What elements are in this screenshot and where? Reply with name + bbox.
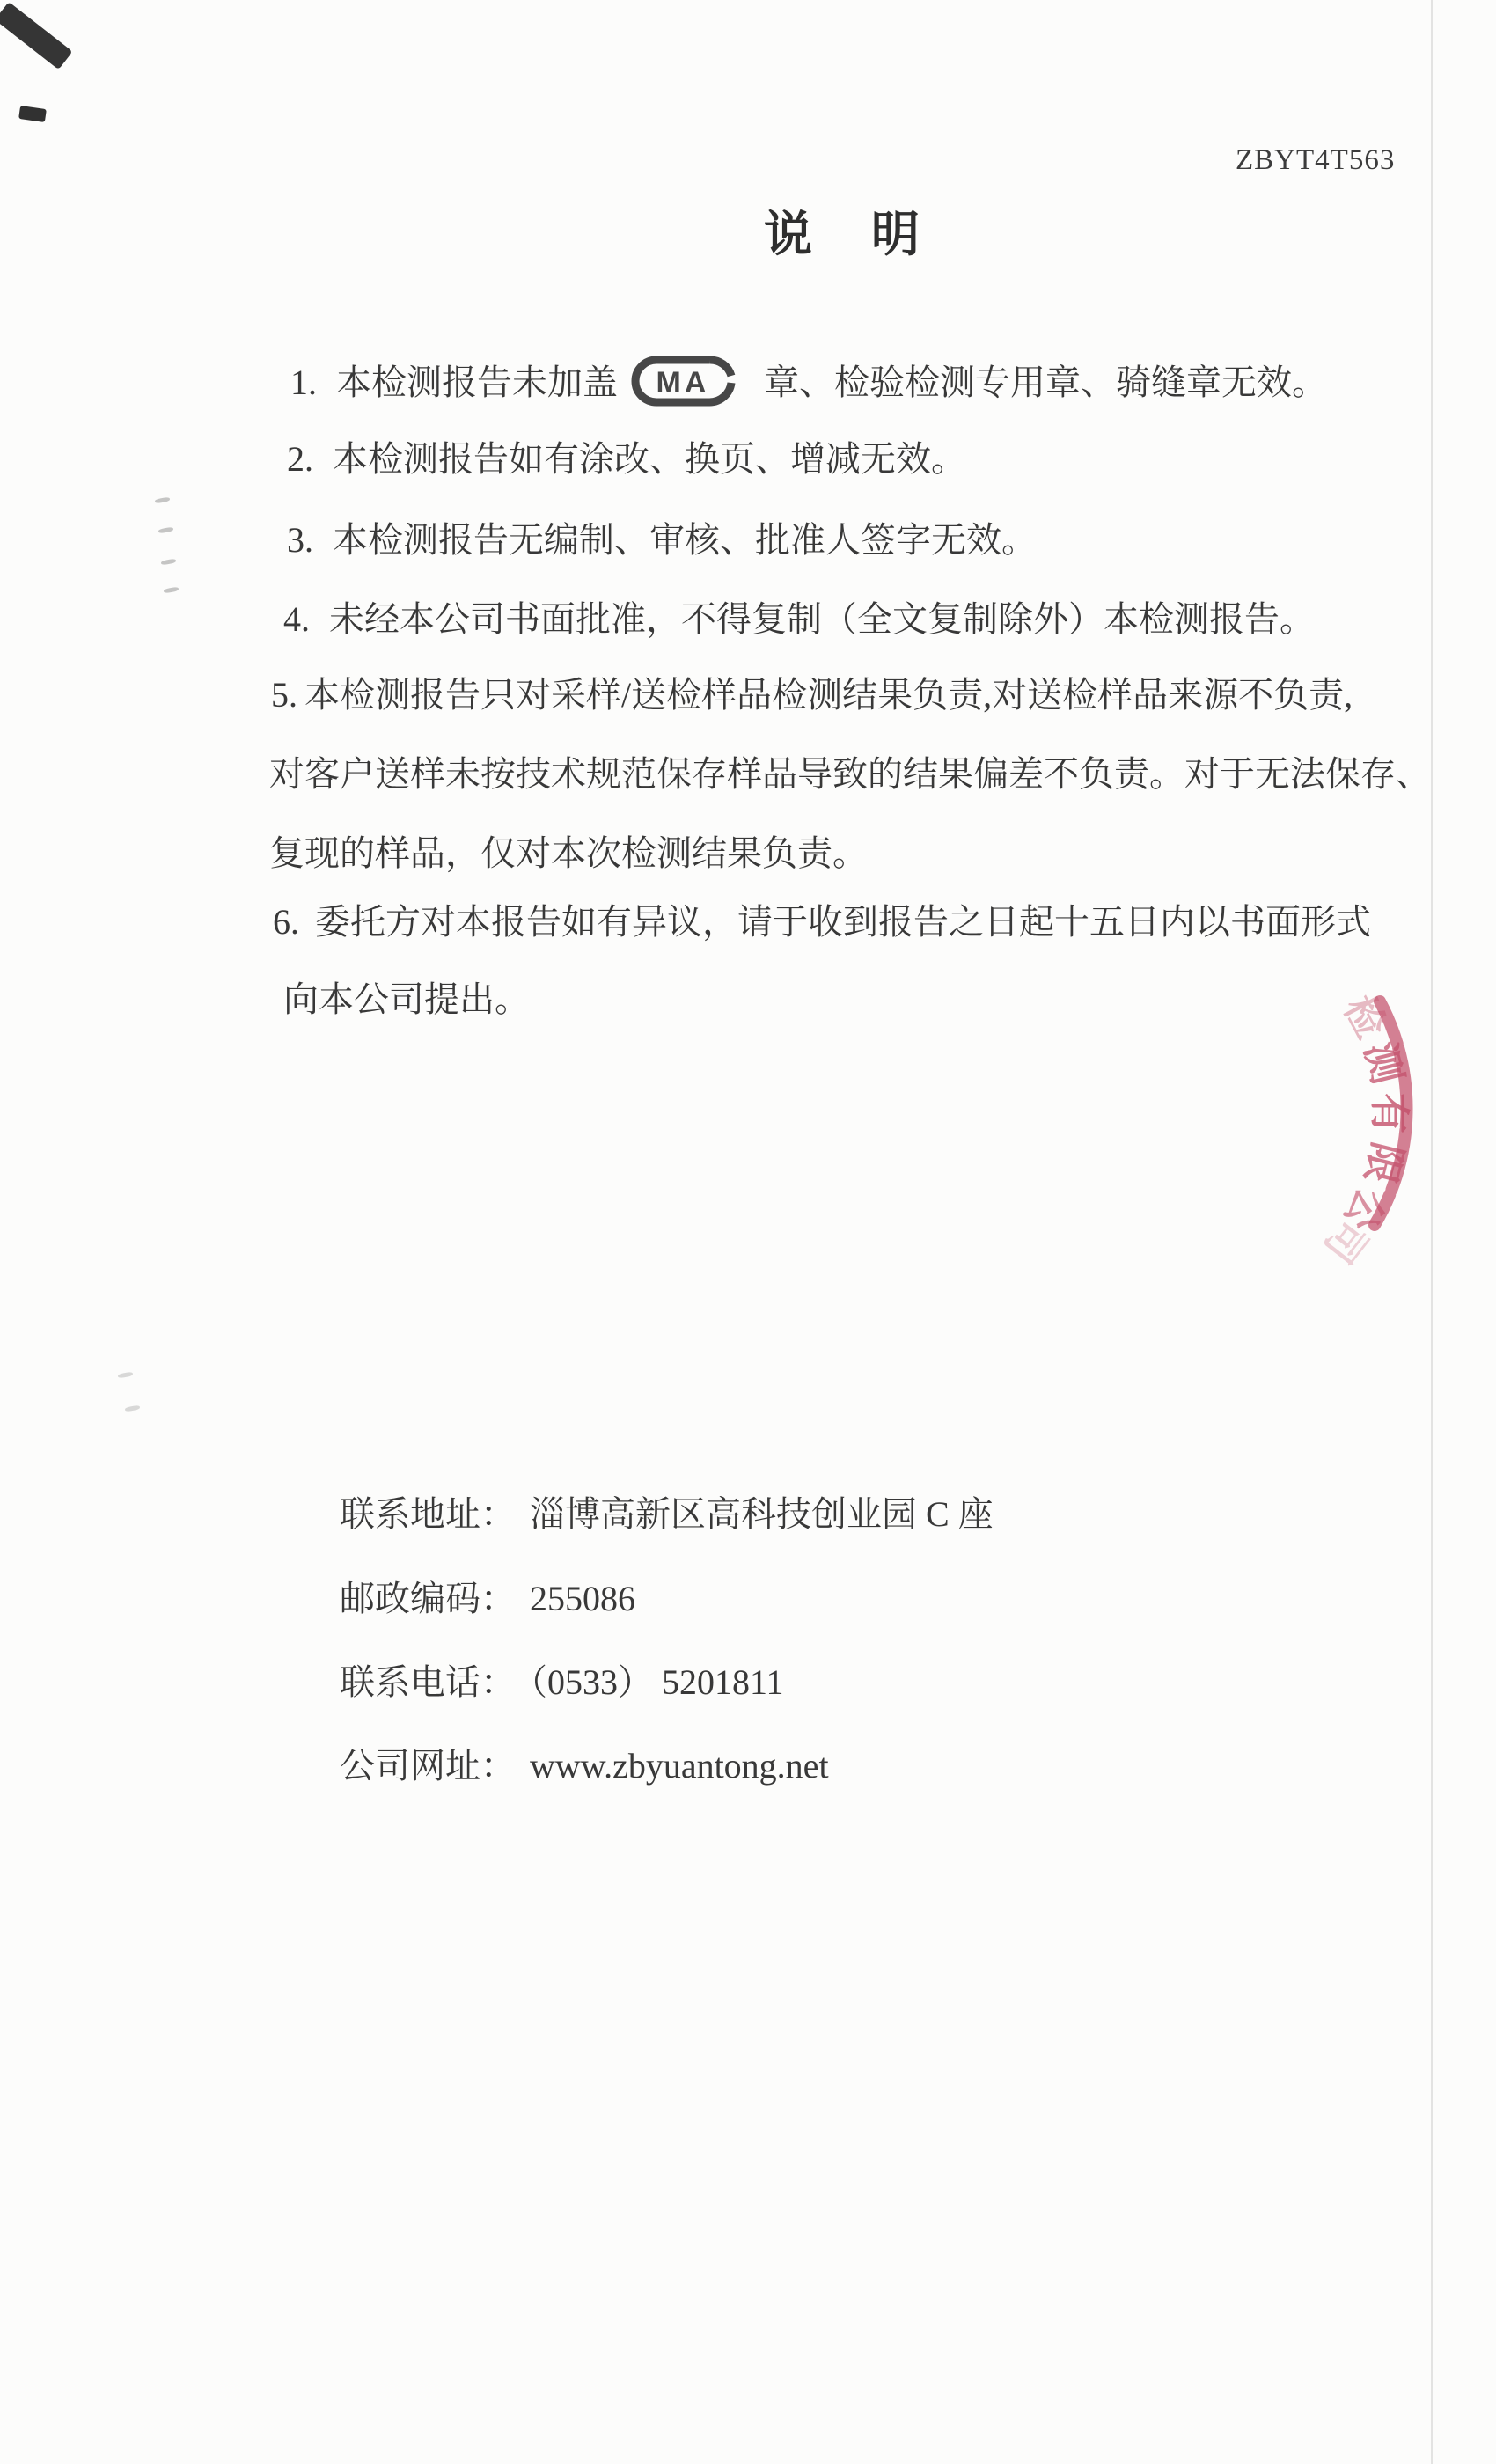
note-text: 本检测报告无编制、审核、批准人签字无效。 [333, 520, 1037, 560]
note-text: 对客户送样未按技术规范保存样品导致的结果偏差不负责。对于无法保存、 [269, 754, 1431, 794]
contact-postcode-row: 邮政编码：255086 [340, 1577, 635, 1621]
note-item-3: 3.本检测报告无编制、审核、批准人签字无效。 [287, 517, 1037, 563]
note-item-6-line-1: 6.委托方对本报告如有异议，请于收到报告之日起十五日内以书面形式 [273, 899, 1371, 945]
contact-phone-row: 联系电话：（0533） 5201811 [340, 1661, 784, 1705]
contact-value: www.zbyuantong.net [530, 1746, 829, 1786]
note-item-5-line-2: 对客户送样未按技术规范保存样品导致的结果偏差不负责。对于无法保存、 [269, 752, 1431, 797]
scan-artifact-tick [158, 527, 174, 534]
scan-artifact-tick [125, 1405, 141, 1412]
note-text: 本检测报告未加盖 [336, 363, 618, 402]
scan-artifact-corner-wedge [0, 2, 72, 70]
scan-artifact-tick [164, 587, 180, 594]
note-item-2: 2.本检测报告如有涂改、换页、增减无效。 [287, 436, 966, 482]
contact-value: 淄博高新区高科技创业园 C 座 [530, 1494, 994, 1534]
contact-label: 联系电话： [340, 1662, 516, 1702]
contact-website-row: 公司网址：www.zbyuantong.net [340, 1744, 829, 1788]
note-number: 2. [287, 436, 313, 482]
contact-label: 邮政编码： [340, 1579, 516, 1618]
note-text: 向本公司提出。 [283, 979, 530, 1019]
note-text: 章、检验检测专用章、骑缝章无效。 [764, 363, 1327, 402]
page-title: 说 明 [764, 195, 925, 265]
company-seal-stamp: 检 测 有 限 公 司 [1250, 898, 1496, 1320]
scan-artifact-tick [155, 497, 171, 504]
note-item-4: 4.未经本公司书面批准，不得复制（全文复制除外）本检测报告。 [283, 597, 1315, 642]
seal-character: 有 [1367, 1093, 1412, 1133]
note-item-1: 1.本检测报告未加盖 MA 章、检验检测专用章、骑缝章无效。 [290, 354, 1327, 408]
contact-label: 公司网址： [340, 1746, 516, 1786]
scan-artifact-tick [118, 1372, 134, 1379]
note-text: 本检测报告只对采样/送检样品检测结果负责,对送检样品来源不负责, [304, 675, 1353, 715]
note-number: 3. [287, 517, 313, 563]
contact-label: 联系地址： [340, 1494, 516, 1534]
note-text: 未经本公司书面批准，不得复制（全文复制除外）本检测报告。 [329, 599, 1315, 639]
note-number: 1. [290, 360, 317, 406]
cma-mark-letters: MA [656, 366, 710, 400]
scan-artifact-corner-dash [18, 106, 47, 122]
note-text: 委托方对本报告如有异议，请于收到报告之日起十五日内以书面形式 [315, 902, 1371, 942]
contact-value: 255086 [530, 1579, 635, 1618]
note-text: 复现的样品，仅对本次检测结果负责。 [269, 833, 868, 873]
note-number: 6. [273, 899, 299, 945]
scanned-report-notes-page: ZBYT4T563 说 明 1.本检测报告未加盖 MA 章、检验检测专用章、骑缝… [0, 0, 1496, 2464]
note-item-5-line-1: 5.本检测报告只对采样/送检样品检测结果负责,对送检样品来源不负责, [271, 672, 1353, 718]
contact-value: （0533） 5201811 [530, 1662, 784, 1702]
note-text: 本检测报告如有涂改、换页、增减无效。 [333, 439, 966, 479]
note-item-5-line-3: 复现的样品，仅对本次检测结果负责。 [269, 831, 868, 876]
contact-address-row: 联系地址：淄博高新区高科技创业园 C 座 [340, 1492, 994, 1536]
seal-character: 检 [1335, 988, 1394, 1045]
cma-mark-icon: MA [625, 354, 757, 408]
report-code: ZBYT4T563 [1236, 144, 1395, 177]
note-number: 5. [271, 672, 297, 718]
scan-artifact-tick [161, 559, 177, 566]
note-item-6-line-2: 向本公司提出。 [283, 977, 530, 1023]
note-number: 4. [283, 597, 310, 642]
